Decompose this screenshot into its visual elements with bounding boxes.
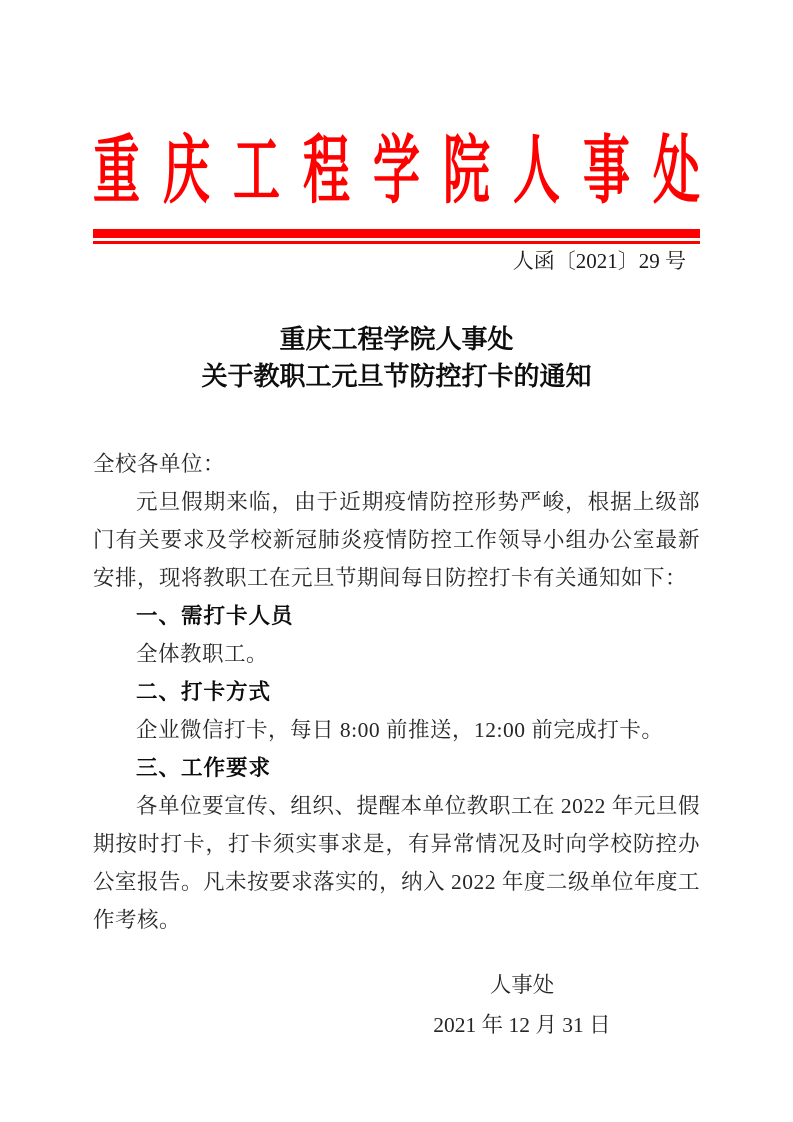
section-3-heading: 三、工作要求 [93, 749, 700, 787]
section-2-heading: 二、打卡方式 [93, 673, 700, 711]
document-title-line1: 重庆工程学院人事处 [93, 321, 700, 358]
section-1-content: 全体教职工。 [93, 635, 700, 673]
signature-signer: 人事处 [402, 965, 642, 1005]
official-document-page: 重庆工程学院人事处 人函〔2021〕29 号 重庆工程学院人事处 关于教职工元旦… [0, 0, 793, 1122]
section-2-content: 企业微信打卡，每日 8:00 前推送，12:00 前完成打卡。 [93, 711, 700, 749]
letterhead-divider-rule [93, 229, 700, 244]
salutation: 全校各单位： [93, 445, 700, 483]
document-content: 重庆工程学院人事处 关于教职工元旦节防控打卡的通知 全校各单位： 元旦假期来临，… [93, 321, 700, 1045]
section-3-content: 各单位要宣传、组织、提醒本单位教职工在 2022 年元旦假期按时打卡，打卡须实事… [93, 787, 700, 939]
signature-date: 2021 年 12 月 31 日 [402, 1005, 642, 1045]
intro-paragraph: 元旦假期来临，由于近期疫情防控形势严峻，根据上级部门有关要求及学校新冠肺炎疫情防… [93, 483, 700, 597]
document-body: 全校各单位： 元旦假期来临，由于近期疫情防控形势严峻，根据上级部门有关要求及学校… [93, 445, 700, 939]
divider-thick-line [93, 229, 700, 238]
letterhead-org-name: 重庆工程学院人事处 [93, 131, 700, 213]
section-1-heading: 一、需打卡人员 [93, 597, 700, 635]
signature-block: 人事处 2021 年 12 月 31 日 [402, 965, 642, 1045]
document-title-line2: 关于教职工元旦节防控打卡的通知 [93, 358, 700, 395]
document-title: 重庆工程学院人事处 关于教职工元旦节防控打卡的通知 [93, 321, 700, 395]
document-number: 人函〔2021〕29 号 [93, 247, 700, 275]
divider-thin-line [93, 241, 700, 244]
